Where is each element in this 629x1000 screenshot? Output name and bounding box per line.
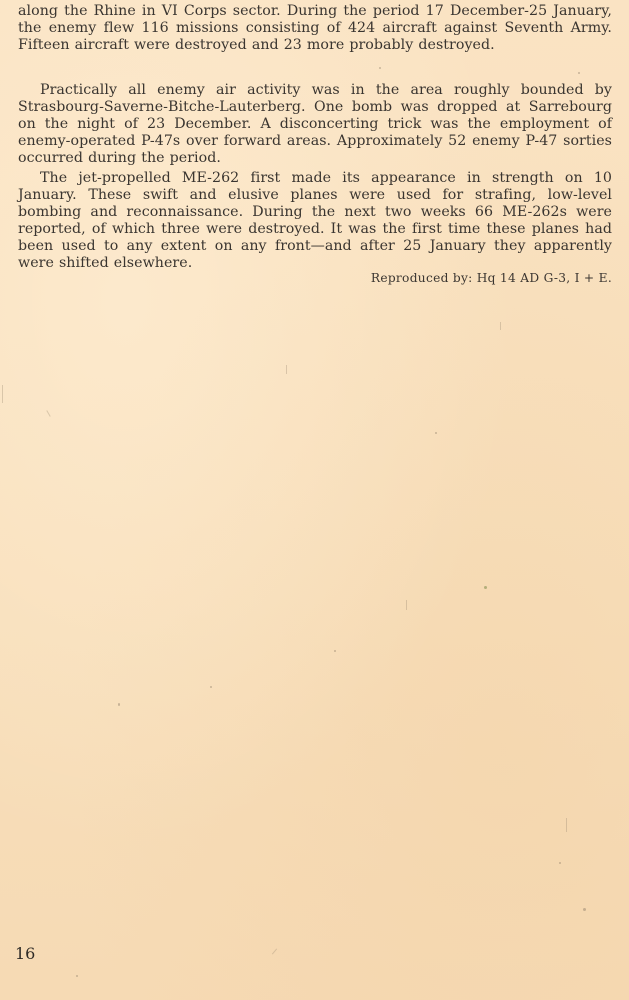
document-page: along the Rhine in VI Corps sector. Duri… bbox=[0, 0, 629, 1000]
paragraph-text: Practically all enemy air activity was i… bbox=[18, 82, 612, 167]
paper-speck bbox=[334, 650, 336, 652]
page-number: 16 bbox=[15, 944, 35, 963]
paper-fiber bbox=[46, 410, 50, 417]
paragraph-air-missions: along the Rhine in VI Corps sector. Duri… bbox=[18, 3, 612, 54]
paper-fiber bbox=[2, 385, 3, 403]
paper-speck bbox=[210, 686, 212, 688]
paper-speck bbox=[118, 703, 120, 706]
paper-fiber bbox=[566, 818, 567, 832]
paper-fiber bbox=[272, 948, 277, 954]
paper-speck bbox=[379, 67, 381, 69]
paper-speck bbox=[435, 432, 437, 434]
paragraph-text: along the Rhine in VI Corps sector. Duri… bbox=[18, 3, 612, 54]
paragraph-text: The jet-propelled ME-262 first made its … bbox=[18, 170, 612, 272]
paper-fiber bbox=[406, 600, 407, 610]
paper-speck bbox=[484, 586, 487, 589]
paper-speck bbox=[583, 908, 586, 911]
paper-speck bbox=[578, 72, 580, 74]
paper-fiber bbox=[286, 365, 287, 374]
reproduction-credit: Reproduced by: Hq 14 AD G-3, I + E. bbox=[371, 271, 612, 285]
paper-speck bbox=[559, 862, 561, 864]
paragraph-me262: The jet-propelled ME-262 first made its … bbox=[18, 170, 612, 272]
paragraph-enemy-air-activity: Practically all enemy air activity was i… bbox=[18, 82, 612, 167]
paper-fiber bbox=[500, 322, 501, 330]
paper-speck bbox=[76, 975, 78, 977]
